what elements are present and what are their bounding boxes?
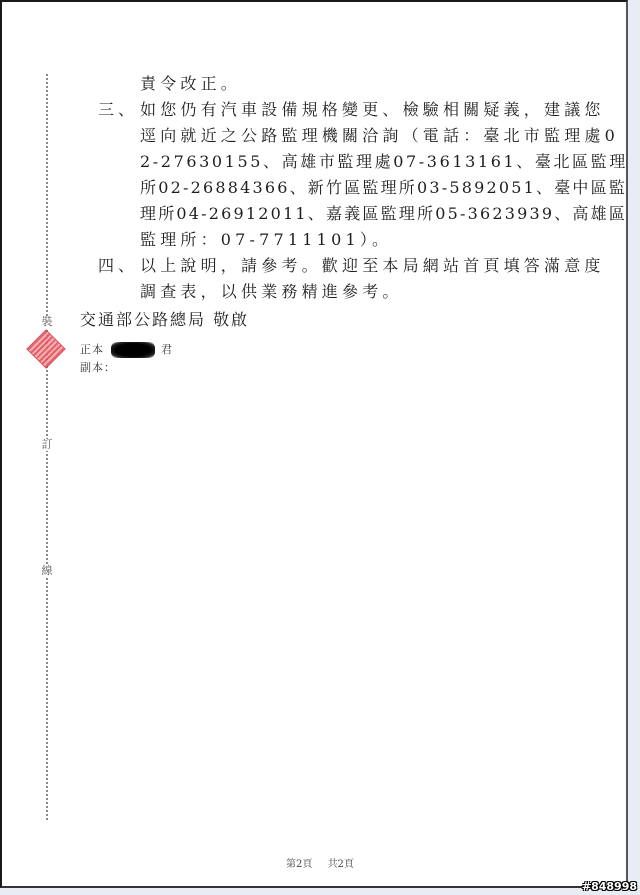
item-number: 四、 xyxy=(98,256,138,276)
item-line: 如您仍有汽車設備規格變更、檢驗相關疑義，建議您 xyxy=(140,100,605,120)
item-line: 所02-26884366、新竹區監理所03-5892051、臺中區監 xyxy=(140,178,627,198)
item-line: 以上說明，請參考。歡迎至本局網站首頁填答滿意度 xyxy=(140,256,605,276)
binding-mark-zhuang: 裝 xyxy=(40,316,54,328)
red-seal-stamp-icon xyxy=(26,329,66,369)
document-page: 裝 訂 線 責令改正。 三、 如您仍有汽車設備規格變更、檢驗相關疑義，建議您 逕… xyxy=(0,0,628,888)
item-line: 監理所：07-7711101）。 xyxy=(140,230,392,250)
item-line: 理所04-26912011、嘉義區監理所05-3623939、高雄區 xyxy=(140,204,627,224)
item-line: 調查表，以供業務精進參考。 xyxy=(140,282,403,302)
original-label: 正本 xyxy=(80,343,104,356)
page-total: 共2頁 xyxy=(328,859,354,870)
redacted-name xyxy=(111,342,155,358)
item-line: 2-27630155、高雄市監理處07-3613161、臺北區監理 xyxy=(140,152,628,172)
copy-label: 副本： xyxy=(80,361,116,374)
image-id-watermark: #848998 xyxy=(582,880,637,893)
original-suffix: 君 xyxy=(161,343,173,356)
page-footer: 第2頁 共2頁 xyxy=(286,855,354,870)
signature-line: 交通部公路總局 敬啟 xyxy=(80,307,249,330)
binding-mark-ding: 訂 xyxy=(40,439,54,451)
copy-recipient: 副本： xyxy=(80,359,116,375)
item-line: 逕向就近之公路監理機關洽詢（電話：臺北市監理處0 xyxy=(140,126,619,146)
continuation-line: 責令改正。 xyxy=(140,74,241,94)
binding-mark-xian: 線 xyxy=(40,565,54,577)
item-number: 三、 xyxy=(98,100,138,120)
original-recipient: 正本 君 xyxy=(80,341,173,358)
page-number: 第2頁 xyxy=(286,859,312,870)
